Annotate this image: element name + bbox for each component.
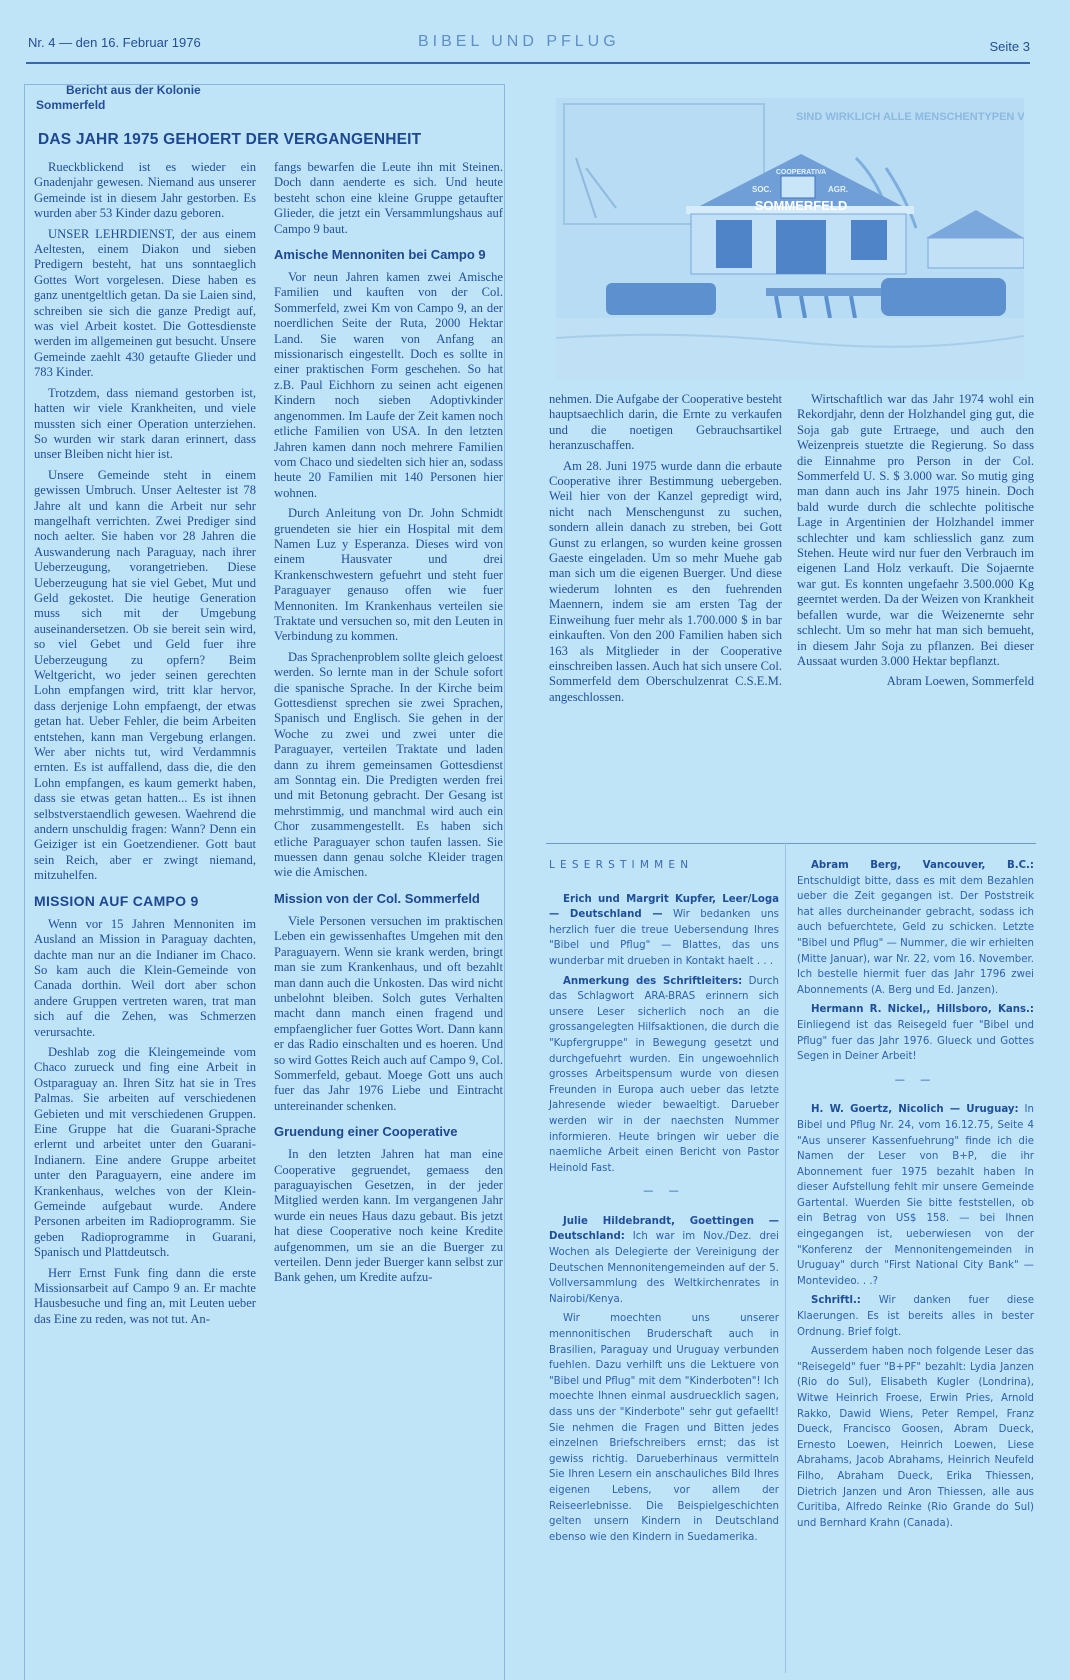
section-divider xyxy=(546,843,1036,844)
article-headline: DAS JAHR 1975 GEHOERT DER VERGANGENHEIT xyxy=(38,131,508,149)
section-heading-cooperative: Gruendung einer Cooperative xyxy=(274,1124,503,1139)
cooperative-photo: SIND WIRKLICH ALLE MENSCHENTYPEN VON GOT… xyxy=(556,98,1024,380)
paragraph: nehmen. Die Aufgabe der Cooperative best… xyxy=(549,392,782,454)
kicker-line-1: Bericht aus der Kolonie xyxy=(36,83,256,98)
letter: Anmerkung des Schriftleiters: Durch das … xyxy=(549,974,779,1177)
article-kicker: Bericht aus der Kolonie Sommerfeld xyxy=(36,83,256,113)
paragraph: Trotzdem, dass niemand gestorben ist, ha… xyxy=(34,386,256,463)
article-column-2: fangs bewarfen die Leute ihn mit Steinen… xyxy=(274,160,503,1291)
paragraph: Rueckblickend ist es wieder ein Gnadenja… xyxy=(34,160,256,222)
letter-separator: — — xyxy=(549,1184,779,1200)
letters-section-title: LESERSTIMMEN xyxy=(549,858,779,874)
sign-left-text: SOC. xyxy=(752,185,772,194)
section-heading-amish: Amische Mennoniten bei Campo 9 xyxy=(274,247,503,262)
page-number: Seite 3 xyxy=(990,39,1030,54)
issue-date: Nr. 4 — den 16. Februar 1976 xyxy=(28,35,201,50)
paragraph: Wenn vor 15 Jahren Mennoniten im Ausland… xyxy=(34,917,256,1040)
sign-right-text: AGR. xyxy=(828,185,848,194)
paragraph: fangs bewarfen die Leute ihn mit Steinen… xyxy=(274,160,503,237)
cooperative-building-image: SIND WIRKLICH ALLE MENSCHENTYPEN VON GOT… xyxy=(556,98,1024,380)
paragraph: Wirtschaftlich war das Jahr 1974 wohl ei… xyxy=(797,392,1034,669)
letter: Wir moechten uns unserer mennonitischen … xyxy=(549,1311,779,1545)
letter-text: Ich war im Nov./Dez. drei Wochen als Del… xyxy=(549,1231,779,1304)
letter-author: Schriftl.: xyxy=(811,1295,861,1306)
showthrough-text: SIND WIRKLICH ALLE MENSCHENTYPEN VON GOT… xyxy=(796,111,1024,123)
sign-main-text: SOMMERFELD xyxy=(755,198,847,213)
section-heading-mission: MISSION AUF CAMPO 9 xyxy=(34,894,256,909)
author-signature: Abram Loewen, Sommerfeld xyxy=(797,674,1034,689)
paragraph: Deshlab zog die Kleingemeinde vom Chaco … xyxy=(34,1045,256,1261)
letter: Hermann R. Nickel,, Hillsboro, Kans.: Ei… xyxy=(797,1002,1034,1064)
paragraph: Am 28. Juni 1975 wurde dann die erbaute … xyxy=(549,459,782,706)
letter-author: Abram Berg, Vancouver, B.C.: xyxy=(811,860,1034,871)
newspaper-title: BIBEL UND PFLUG xyxy=(418,33,620,51)
letter-author: H. W. Goertz, Nicolich — Uruguay: xyxy=(811,1104,1019,1115)
letters-column-divider xyxy=(785,843,786,1673)
letter: Julie Hildebrandt, Goettingen — Deutschl… xyxy=(549,1214,779,1308)
paragraph: Viele Personen versuchen im praktischen … xyxy=(274,914,503,1114)
letter: Ausserdem haben noch folgende Leser das … xyxy=(797,1344,1034,1531)
letter-text: Durch das Schlagwort ARA-BRAS erinnern s… xyxy=(549,976,779,1174)
letter: Erich und Margrit Kupfer, Leer/Loga — De… xyxy=(549,892,779,970)
letter-author: Hermann R. Nickel,, Hillsboro, Kans.: xyxy=(811,1004,1034,1015)
letter-text: Wir moechten uns unserer mennonitischen … xyxy=(549,1313,779,1542)
paragraph: Vor neun Jahren kamen zwei Amische Famil… xyxy=(274,270,503,501)
masthead: Nr. 4 — den 16. Februar 1976 BIBEL UND P… xyxy=(28,33,1030,61)
kicker-line-2: Sommerfeld xyxy=(36,98,256,113)
letter-separator: — — xyxy=(797,1073,1034,1089)
paragraph: Herr Ernst Funk fing dann die erste Miss… xyxy=(34,1266,256,1328)
article-frame-left xyxy=(24,84,25,1680)
letter: Schriftl.: Wir danken fuer diese Klaerun… xyxy=(797,1293,1034,1340)
paragraph: Durch Anleitung von Dr. John Schmidt gru… xyxy=(274,506,503,645)
article-column-4: Wirtschaftlich war das Jahr 1974 wohl ei… xyxy=(797,392,1034,695)
letters-column-right: Abram Berg, Vancouver, B.C.: Entschuldig… xyxy=(797,858,1034,1535)
letter-text: In Bibel und Pflug Nr. 24, vom 16.12.75,… xyxy=(797,1104,1034,1287)
paragraph: Das Sprachenproblem sollte gleich geloes… xyxy=(274,650,503,881)
letter: H. W. Goertz, Nicolich — Uruguay: In Bib… xyxy=(797,1102,1034,1289)
sign-top-text: COOPERATIVA xyxy=(776,169,826,176)
letter-text: Einliegend ist das Reisegeld fuer "Bibel… xyxy=(797,1020,1034,1062)
section-heading-colmission: Mission von der Col. Sommerfeld xyxy=(274,891,503,906)
letter-text: Ausserdem haben noch folgende Leser das … xyxy=(797,1346,1034,1529)
paragraph: UNSER LEHRDIENST, der aus einem Aelteste… xyxy=(34,227,256,381)
letter-text: Entschuldigt bitte, dass es mit dem Beza… xyxy=(797,876,1034,996)
letter: Abram Berg, Vancouver, B.C.: Entschuldig… xyxy=(797,858,1034,998)
paragraph: In den letzten Jahren hat man eine Coope… xyxy=(274,1147,503,1286)
article-column-1: Rueckblickend ist es wieder ein Gnadenja… xyxy=(34,160,256,1332)
column-divider xyxy=(504,84,505,1680)
paragraph: Unsere Gemeinde steht in einem gewissen … xyxy=(34,468,256,884)
letter-author: Anmerkung des Schriftleiters: xyxy=(563,976,742,987)
letters-column-left: LESERSTIMMEN Erich und Margrit Kupfer, L… xyxy=(549,858,779,1549)
article-column-3: nehmen. Die Aufgabe der Cooperative best… xyxy=(549,392,782,710)
masthead-rule xyxy=(26,62,1030,64)
newspaper-page: Nr. 4 — den 16. Februar 1976 BIBEL UND P… xyxy=(0,0,1070,1680)
